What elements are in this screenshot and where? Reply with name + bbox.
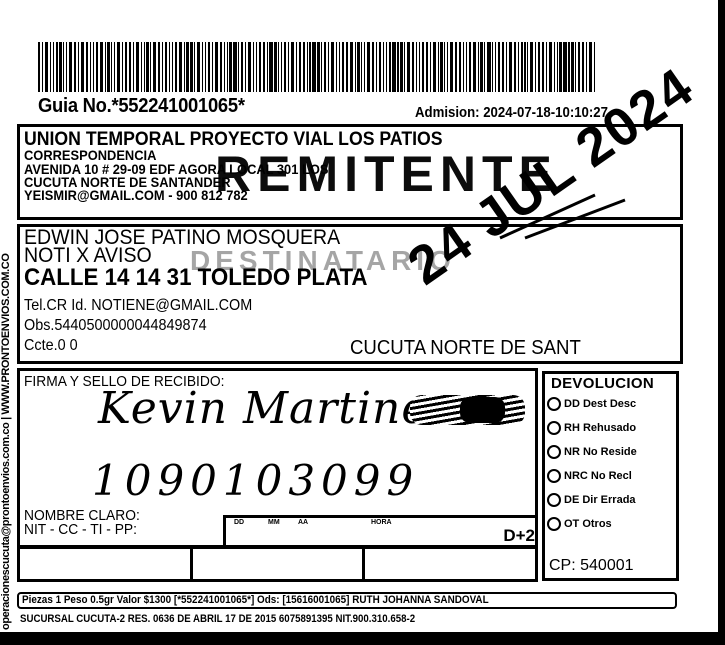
header-aa: AA — [298, 519, 308, 526]
radio-icon[interactable] — [547, 469, 561, 483]
bottom-fields-row — [17, 546, 538, 582]
radio-icon[interactable] — [547, 421, 561, 435]
shipment-summary: Piezas 1 Peso 0.5gr Valor $1300 [*552241… — [17, 592, 677, 609]
guia-label: Guia No. — [38, 95, 111, 117]
page-bottom-edge — [0, 632, 725, 645]
header-dd: DD — [234, 519, 244, 526]
admision-datetime: Admision: 2024-07-18-10:10:27 — [415, 104, 608, 121]
option-rh-rehusado[interactable]: RH Rehusado — [547, 421, 636, 435]
devolucion-title: DEVOLUCION — [551, 375, 654, 392]
page-edge — [718, 0, 725, 645]
option-nrc-no-recl[interactable]: NRC No Recl — [547, 469, 632, 483]
option-nr-no-reside[interactable]: NR No Reside — [547, 445, 637, 459]
radio-icon[interactable] — [547, 397, 561, 411]
recipient-ccte: Ccte.0 0 — [24, 337, 78, 355]
field-cell-1 — [20, 549, 193, 579]
field-cell-2 — [193, 549, 366, 579]
guia-value: *552241001065* — [111, 95, 244, 117]
admision-label: Admision: — [415, 104, 480, 121]
header-mm: MM — [268, 519, 280, 526]
guia-number: Guia No.*552241001065* — [38, 95, 245, 118]
admision-value: 2024-07-18-10:10:27 — [483, 104, 608, 121]
side-contact-text: operacionescucuta@prontoenvios.com.co | … — [0, 110, 14, 630]
radio-icon[interactable] — [547, 493, 561, 507]
radio-icon[interactable] — [547, 445, 561, 459]
recipient-box: DESTINATARIO EDWIN JOSE PATINO MOSQUERA … — [17, 224, 683, 364]
field-cell-3 — [365, 549, 535, 579]
stamp-strike-lines — [495, 190, 655, 240]
recipient-city: CUCUTA NORTE DE SANT — [350, 337, 581, 360]
option-de-dir-errada[interactable]: DE Dir Errada — [547, 493, 636, 507]
recipient-tel: Tel.CR Id. NOTIENE@GMAIL.COM — [24, 297, 252, 315]
nombre-claro-label: NOMBRE CLARO: NIT - CC - TI - PP: — [24, 509, 140, 537]
devolucion-box: DEVOLUCION DD Dest Desc RH Rehusado NR N… — [542, 371, 679, 581]
barcode — [38, 42, 600, 92]
signature-scribble-dark — [460, 397, 505, 423]
option-dd-dest-desc[interactable]: DD Dest Desc — [547, 397, 636, 411]
recipient-address: CALLE 14 14 31 TOLEDO PLATA — [24, 264, 368, 292]
branch-info: SUCURSAL CUCUTA-2 RES. 0636 DE ABRIL 17 … — [20, 613, 415, 625]
radio-icon[interactable] — [547, 517, 561, 531]
id-type-label: NIT - CC - TI - PP: — [24, 523, 140, 537]
handwritten-id: 1090103099 — [92, 456, 419, 505]
option-ot-otros[interactable]: OT Otros — [547, 517, 612, 531]
header-hora: HORA — [371, 519, 392, 526]
delivery-code: D+2 — [503, 526, 535, 546]
delivery-date-box: DD MM AA HORA D+2 — [223, 515, 538, 548]
sender-contact: YEISMIR@GMAIL.COM - 900 812 782 — [24, 189, 248, 202]
signature-box: FIRMA Y SELLO DE RECIBIDO: Kevin Martine… — [17, 368, 538, 548]
handwritten-signature: Kevin Martinez — [98, 383, 453, 434]
recipient-obs: Obs.5440500000044849874 — [24, 317, 207, 335]
postal-code: CP: 540001 — [549, 557, 634, 575]
